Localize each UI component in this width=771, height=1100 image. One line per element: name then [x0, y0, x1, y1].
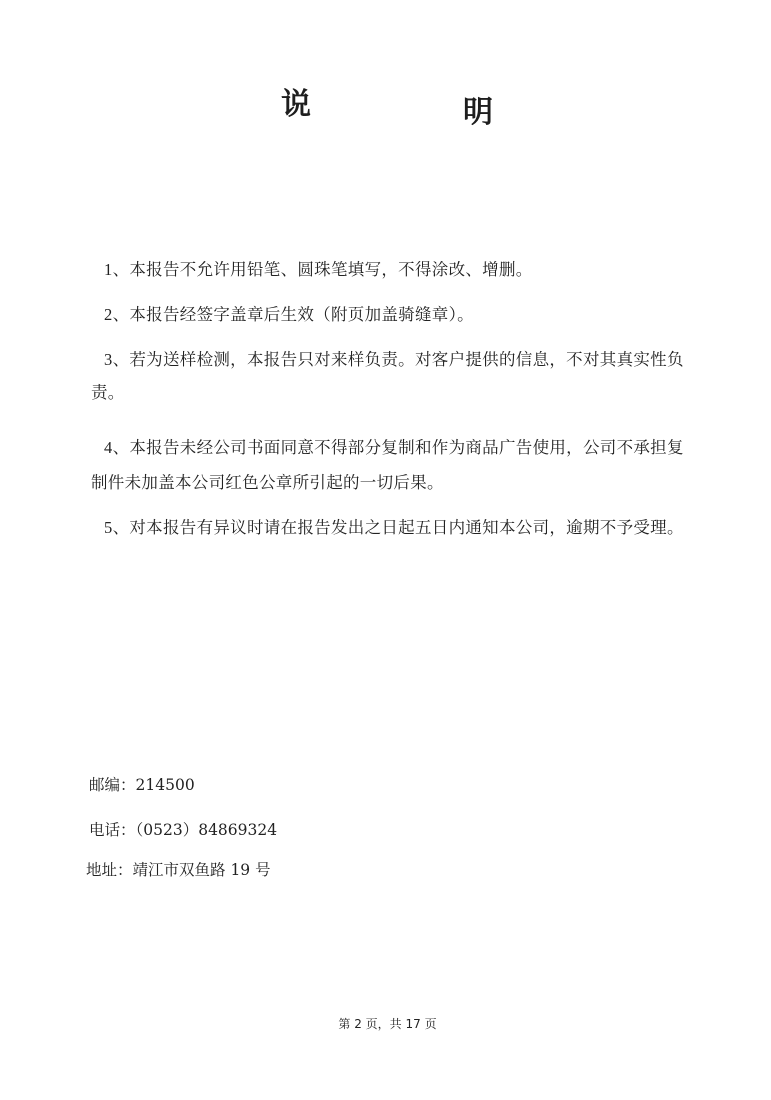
item-separator: 、	[113, 438, 130, 457]
item-separator: 、	[113, 350, 130, 369]
contact-address: 地址：靖江市双鱼路 19 号	[86, 858, 271, 882]
address-label: 地址：	[86, 861, 133, 879]
item-separator: 、	[113, 518, 130, 537]
notice-item-4: 4、本报告未经公司书面同意不得部分复制和作为商品广告使用，公司不承担复	[104, 431, 674, 465]
item-text: 本报告不允许用铅笔、圆珠笔填写，不得涂改、增删。	[129, 260, 532, 279]
zip-label: 邮编：	[89, 776, 136, 794]
notice-item-3: 3、若为送样检测，本报告只对来样负责。对客户提供的信息，不对其真实性负	[104, 343, 674, 377]
notice-item-1: 1、本报告不允许用铅笔、圆珠笔填写，不得涂改、增删。	[104, 253, 674, 287]
page-title-char-2: 明	[463, 98, 493, 128]
notice-item-3-continuation: 责。	[91, 376, 661, 410]
item-text: 本报告未经公司书面同意不得部分复制和作为商品广告使用，公司不承担复	[129, 438, 683, 457]
phone-label: 电话：	[89, 821, 136, 839]
contact-zip: 邮编：214500	[89, 773, 195, 797]
notice-item-2: 2、本报告经签字盖章后生效（附页加盖骑缝章）。	[104, 298, 674, 332]
item-text: 本报告经签字盖章后生效（附页加盖骑缝章）。	[129, 305, 474, 324]
item-text: 对本报告有异议时请在报告发出之日起五日内通知本公司，逾期不予受理。	[129, 518, 683, 537]
notice-item-5: 5、对本报告有异议时请在报告发出之日起五日内通知本公司，逾期不予受理。	[104, 511, 674, 545]
notice-item-4-continuation: 制件未加盖本公司红色公章所引起的一切后果。	[91, 466, 661, 500]
page-title-char-1: 说	[281, 90, 311, 120]
document-page: 说 明 1、本报告不允许用铅笔、圆珠笔填写，不得涂改、增删。 2、本报告经签字盖…	[0, 0, 771, 1100]
item-separator: 、	[113, 305, 130, 324]
item-number: 1	[104, 260, 113, 279]
zip-value: 214500	[136, 776, 195, 794]
contact-phone: 电话：（0523）84869324	[89, 818, 277, 842]
item-number: 2	[104, 305, 113, 324]
item-number: 4	[104, 438, 113, 457]
address-value: 靖江市双鱼路 19 号	[133, 861, 271, 879]
item-separator: 、	[113, 260, 130, 279]
page-number-footer: 第 2 页，共 17 页	[0, 1015, 771, 1032]
item-text: 若为送样检测，本报告只对来样负责。对客户提供的信息，不对其真实性负	[129, 350, 683, 369]
item-number: 5	[104, 518, 113, 537]
phone-value: （0523）84869324	[136, 821, 278, 839]
item-number: 3	[104, 350, 113, 369]
